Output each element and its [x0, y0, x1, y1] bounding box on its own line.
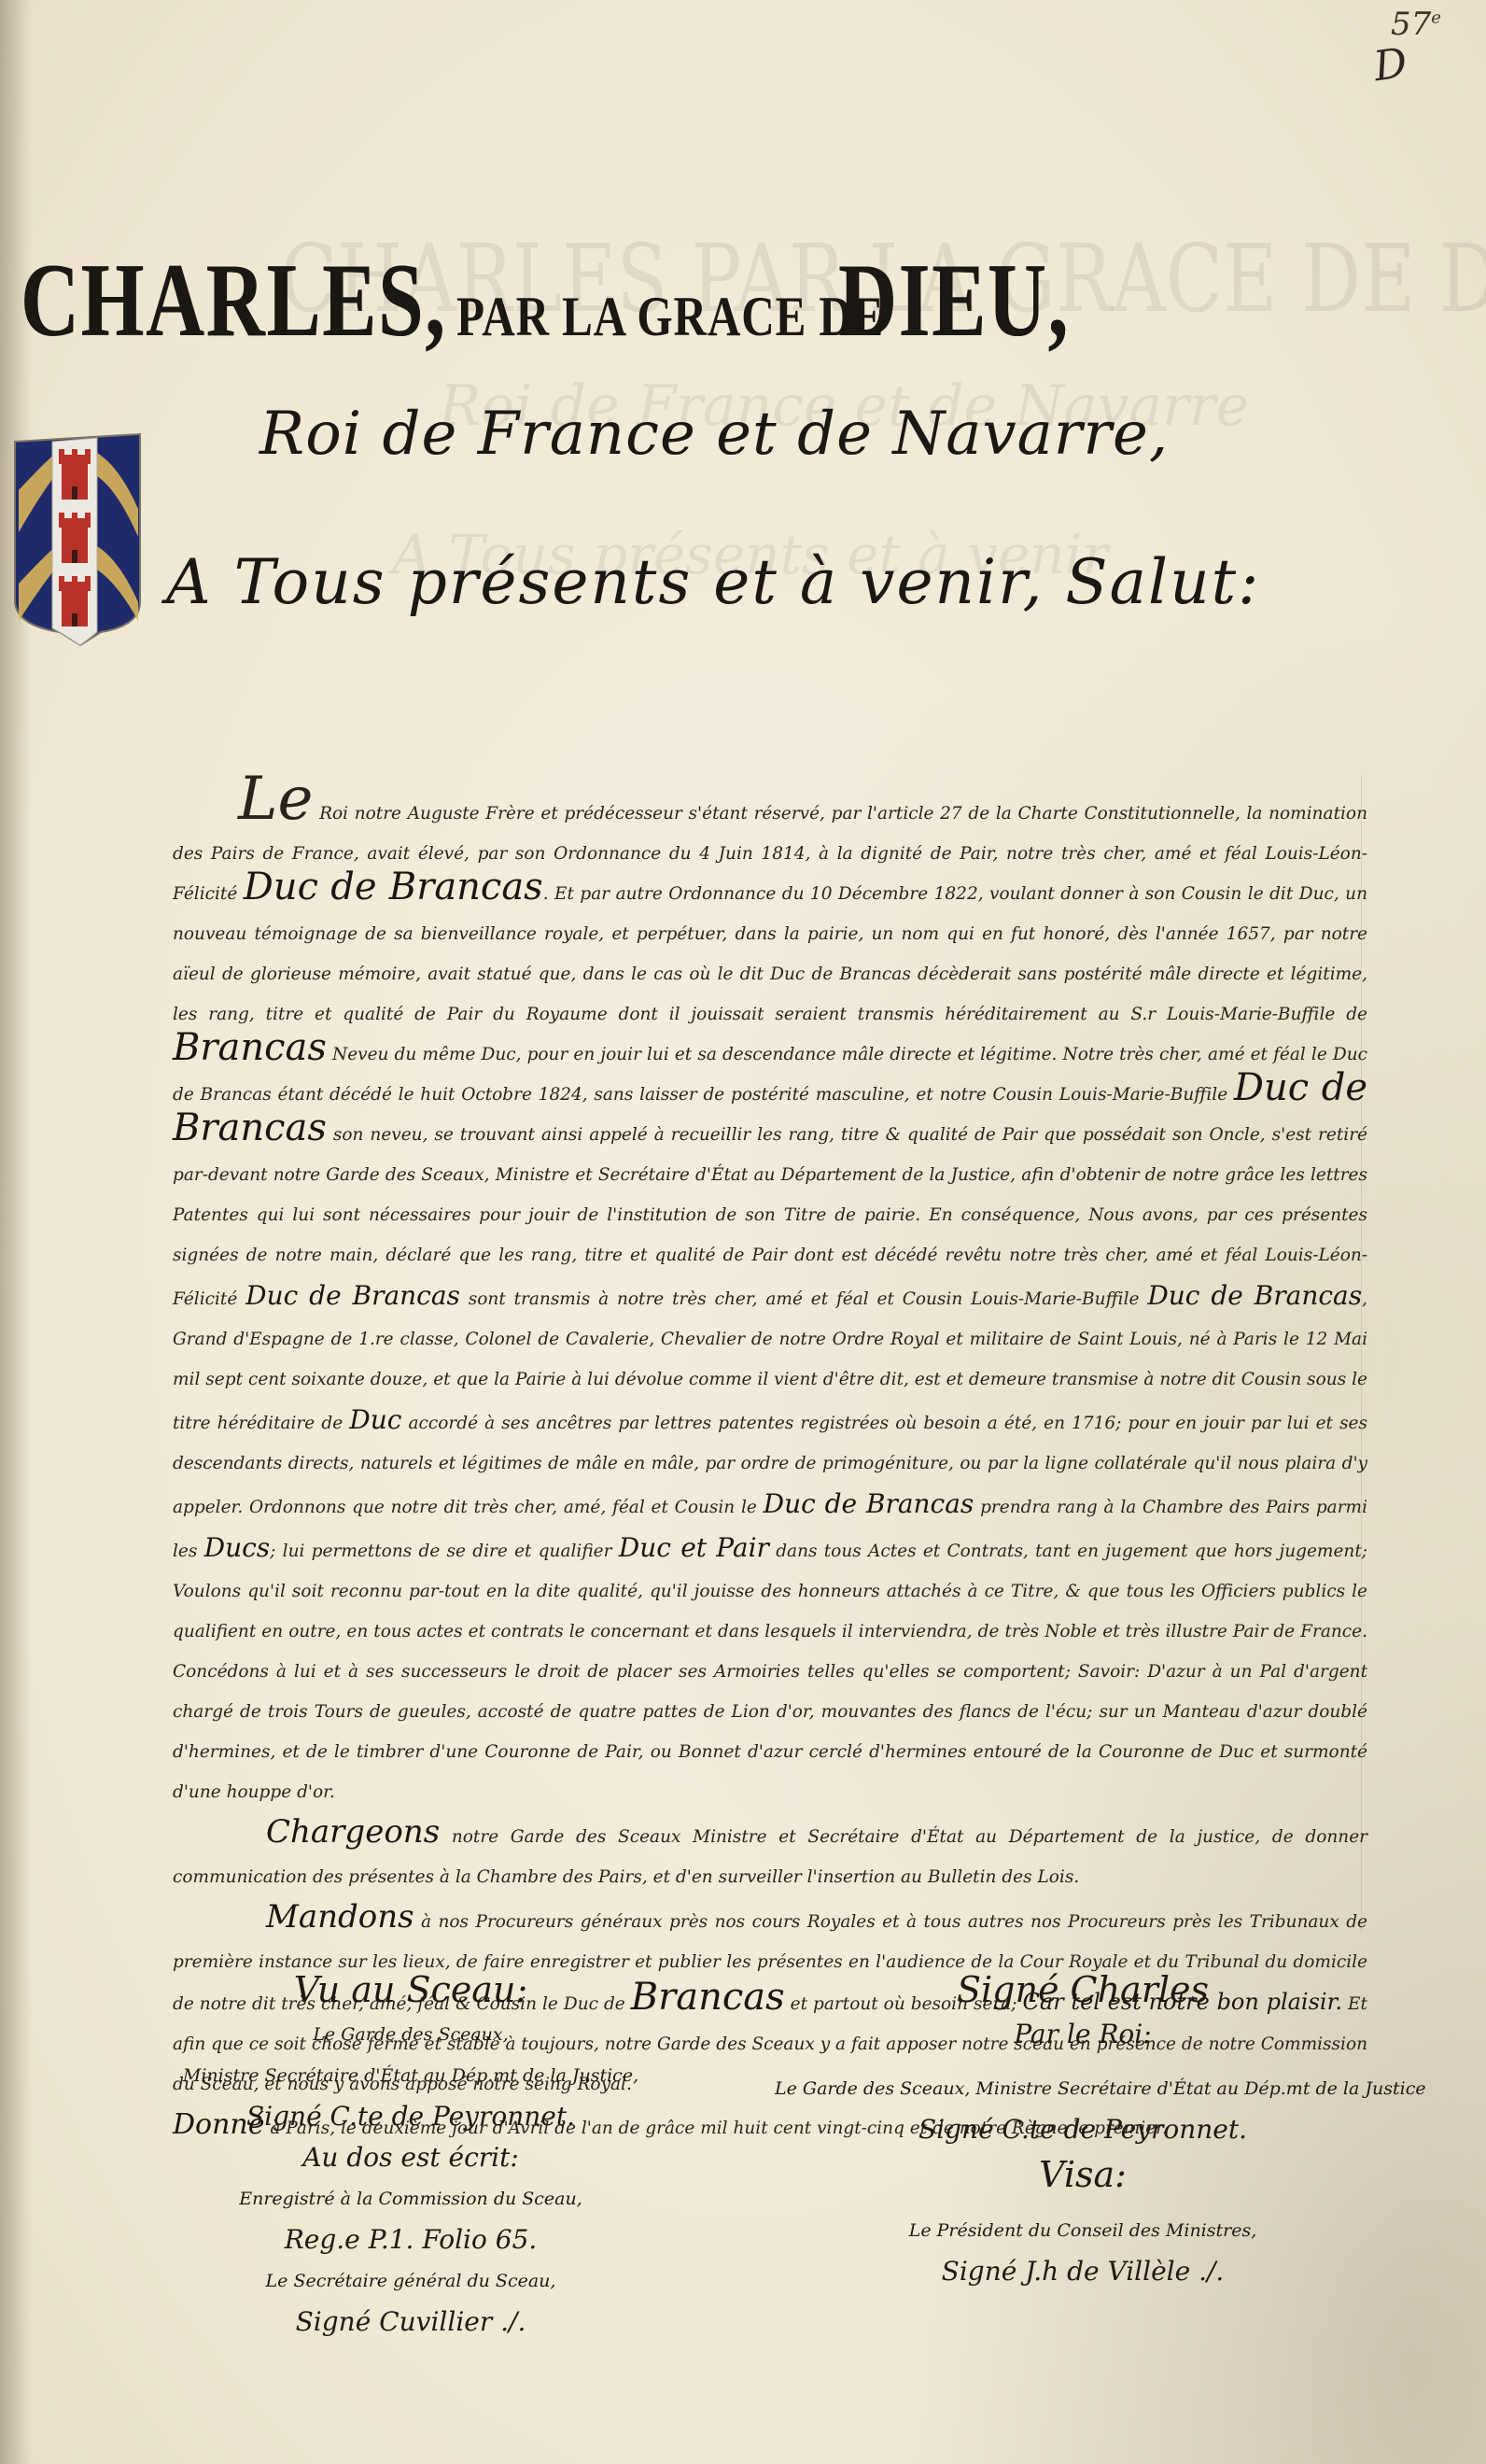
heading-grace: PAR LA GRACE DE: [456, 285, 884, 349]
signature-cuvillier: Signé Cuvillier ./.: [168, 2302, 653, 2343]
name-emphasis: Duc de Brancas: [245, 1280, 460, 1311]
coat-of-arms-icon: [7, 425, 147, 649]
text-run: dans tous Actes et Contrats, tant en jug…: [173, 1542, 1367, 1802]
president-conseil-label: Le Président du Conseil des Ministres,: [775, 2210, 1391, 2251]
name-emphasis: Brancas: [631, 1976, 785, 2019]
name-emphasis: Brancas: [173, 1026, 327, 1069]
paragraph-chargeons: Chargeons notre Garde des Sceaux Ministr…: [173, 1812, 1367, 1897]
letters-patent-body: Le Roi notre Auguste Frère et prédécesse…: [173, 794, 1367, 2148]
heading-king-name: CHARLES,: [21, 241, 447, 361]
paragraph-preamble: Le Roi notre Auguste Frère et prédécesse…: [173, 794, 1367, 1812]
parchment-page: CHARLES PAR LA GRACE DE DIEU Roi de Fran…: [0, 0, 1486, 2464]
text-run: sont transmis à notre très cher, amé et …: [460, 1289, 1140, 1309]
visa-label: Visa:: [775, 2150, 1391, 2199]
document-heading: CHARLES,PAR LA GRACE DEDIEU,: [21, 241, 1402, 361]
secretaire-label: Le Secrétaire général du Sceau,: [168, 2260, 653, 2302]
name-emphasis: Duc de Brancas: [244, 866, 543, 908]
heading-dieu: DIEU,: [838, 241, 1070, 361]
par-le-roi-label: Par le Roi:: [775, 2014, 1391, 2055]
folio-initial-mark: D: [1371, 39, 1410, 91]
au-dos-label: Au dos est écrit:: [168, 2137, 653, 2178]
signature-charles: Signé Charles: [775, 1965, 1391, 2014]
text-run: Neveu du même Duc, pour en jouir lui et …: [173, 1045, 1367, 1105]
heading-salutation-line: A Tous présents et à venir, Salut:: [166, 546, 1260, 618]
name-emphasis: Duc de Brancas: [764, 1488, 974, 1519]
dropcap-le: Le: [238, 765, 313, 834]
binding-shadow: [0, 0, 32, 2464]
signature-villele: Signé J.h de Villèle ./.: [775, 2251, 1391, 2292]
lead-word-mandons: Mandons: [266, 1898, 414, 1936]
title-emphasis: Ducs: [204, 1532, 271, 1563]
signature-block-king: Signé Charles Par le Roi: Le Garde des S…: [775, 1965, 1391, 2292]
lead-word-chargeons: Chargeons: [266, 1813, 440, 1851]
folio-number: 57e: [1391, 6, 1441, 43]
signature-peyronnet-right: Signé C.te de Peyronnet.: [775, 2109, 1391, 2150]
vu-au-sceau: Vu au Sceau:: [168, 1965, 653, 2014]
heading-kingdom-line: Roi de France et de Navarre,: [259, 400, 1169, 469]
signature-peyronnet: Signé C.te de Peyronnet.: [168, 2096, 653, 2137]
garde-des-sceaux-label: Le Garde des Sceaux,: [168, 2014, 653, 2055]
garde-ministre-label: Le Garde des Sceaux, Ministre Secrétaire…: [775, 2068, 1391, 2109]
enregistre-label: Enregistré à la Commission du Sceau,: [168, 2178, 653, 2219]
register-reference: Reg.e P.1. Folio 65.: [168, 2219, 653, 2260]
signature-block-seal: Vu au Sceau: Le Garde des Sceaux, Minist…: [168, 1965, 653, 2343]
ministre-label: Ministre Secrétaire d'État au Dép.mt de …: [168, 2055, 653, 2096]
text-run: ; lui permettons de se dire et qualifier: [270, 1542, 611, 1561]
title-emphasis: Duc et Pair: [619, 1532, 769, 1563]
title-emphasis: Duc: [349, 1404, 401, 1435]
name-emphasis: Duc de Brancas: [1147, 1280, 1362, 1311]
